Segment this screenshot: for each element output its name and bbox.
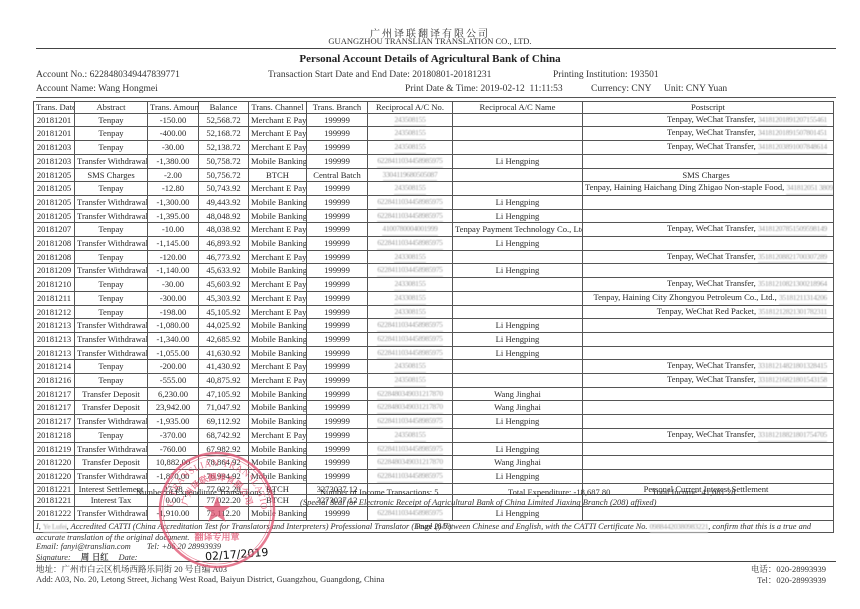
balance: 50,756.72 — [199, 168, 249, 182]
redacted-account-no: 243308155 — [394, 307, 425, 319]
trans-branch: 199999 — [307, 360, 368, 374]
balance: 47,105.92 — [199, 387, 249, 401]
balance: 41,430.92 — [199, 360, 249, 374]
trans-channel: Mobile Banking — [249, 346, 307, 360]
redacted-account-no: 6228411034458985975 — [377, 416, 442, 428]
reciprocal-account-name: Li Hengping — [453, 469, 583, 483]
reciprocal-account-name — [453, 374, 583, 388]
trans-amount: 23,942.00 — [148, 401, 199, 415]
trans-date: 20181203 — [34, 154, 75, 168]
abstract: Transfer Withdrawal — [75, 332, 148, 346]
total-income: Total Income: 41,081.28 — [652, 487, 735, 497]
balance: 68,742.92 — [199, 428, 249, 442]
trans-branch: 199999 — [307, 415, 368, 429]
postscript-text: Tenpay, WeChat Transfer, — [667, 141, 758, 151]
balance: 71,047.92 — [199, 401, 249, 415]
account-number: Account No.: 6228480349447839771 — [36, 70, 180, 80]
redacted-account-no: 243308155 — [394, 252, 425, 264]
trans-amount: -150.00 — [148, 113, 199, 127]
postscript-text: Tenpay, WeChat Transfer, — [667, 278, 758, 288]
reciprocal-account-name: Li Hengping — [453, 264, 583, 278]
postscript-text: Tenpay, WeChat Transfer, — [667, 374, 758, 384]
postscript-text: SMS Charges — [682, 170, 729, 180]
trans-branch: 199999 — [307, 469, 368, 483]
trans-channel: Mobile Banking — [249, 264, 307, 278]
address-en: Add: A03, No. 20, Letong Street, Jichang… — [36, 574, 384, 584]
trans-date: 20181217 — [34, 387, 75, 401]
column-header: Trans. Date — [34, 102, 75, 114]
trans-branch: 199999 — [307, 332, 368, 346]
trans-date: 20181217 — [34, 401, 75, 415]
redacted-account-no: 6228411034458985975 — [377, 211, 442, 223]
trans-amount: -198.00 — [148, 305, 199, 319]
trans-date: 20181209 — [34, 264, 75, 278]
trans-branch: 199999 — [307, 154, 368, 168]
postscript — [583, 237, 834, 251]
abstract: Transfer Withdrawal — [75, 195, 148, 209]
balance: 41,630.92 — [199, 346, 249, 360]
trans-channel: Mobile Banking — [249, 469, 307, 483]
table-row: 20181205Transfer Withdrawal-1,300.0049,4… — [34, 195, 834, 209]
reciprocal-account-no: 243508155 — [368, 428, 453, 442]
table-row: 20181207Tenpay-10.0048,038.92Merchant E … — [34, 223, 834, 237]
trans-date: 20181214 — [34, 360, 75, 374]
trans-date: 20181208 — [34, 237, 75, 251]
redacted-account-no: 6228411034458985975 — [377, 334, 442, 346]
table-row: 20181201Tenpay-150.0052,568.72Merchant E… — [34, 113, 834, 127]
abstract: Tenpay — [75, 223, 148, 237]
redacted-account-no: 3304119680505087 — [383, 170, 438, 182]
reciprocal-account-name: Tenpay Payment Technology Co., Ltd. — [453, 223, 583, 237]
abstract: Tenpay — [75, 360, 148, 374]
reciprocal-account-no: 4100780004001999 — [368, 223, 453, 237]
trans-amount: 10,882.00 — [148, 456, 199, 470]
trans-date: 20181220 — [34, 456, 75, 470]
reciprocal-account-name — [453, 168, 583, 182]
table-row: 20181220Transfer Withdrawal-1,870.0076,9… — [34, 469, 834, 483]
postscript — [583, 401, 834, 415]
postscript-text: Tenpay, WeChat Transfer, — [667, 114, 758, 124]
trans-date: 20181222 — [34, 507, 75, 521]
postscript: Tenpay, Haining Haichang Ding Zhigao Non… — [583, 182, 834, 196]
trans-date: 20181212 — [34, 305, 75, 319]
abstract: Transfer Withdrawal — [75, 209, 148, 223]
redacted-reference-no: 33181218821801754705 — [758, 430, 827, 442]
reciprocal-account-no: 243508155 — [368, 374, 453, 388]
column-header: Abstract — [75, 102, 148, 114]
transactions-table: Trans. DateAbstractTrans. AmountBalanceT… — [33, 101, 834, 533]
abstract: Tenpay — [75, 250, 148, 264]
transaction-period: Transaction Start Date and End Date: 201… — [268, 70, 491, 80]
redacted-account-no: 243508155 — [394, 430, 425, 442]
abstract: Transfer Withdrawal — [75, 507, 148, 521]
print-datetime-value: 2019-02-12 11:11:53 — [480, 84, 562, 94]
trans-channel: Merchant E Pay — [249, 374, 307, 388]
balance: 48,038.92 — [199, 223, 249, 237]
table-row: 20181211Tenpay-300.0045,303.92Merchant E… — [34, 291, 834, 305]
account-name: Account Name: Wang Hongmei — [36, 84, 158, 94]
trans-date: 20181208 — [34, 250, 75, 264]
postscript: SMS Charges — [583, 168, 834, 182]
trans-amount: -120.00 — [148, 250, 199, 264]
trans-amount: -1,080.00 — [148, 319, 199, 333]
reciprocal-account-name: Li Hengping — [453, 319, 583, 333]
balance: 52,568.72 — [199, 113, 249, 127]
trans-branch: 199999 — [307, 401, 368, 415]
reciprocal-account-name — [453, 182, 583, 196]
table-row: 20181205SMS Charges-2.0050,756.72BTCHCen… — [34, 168, 834, 182]
trans-channel: Merchant E Pay — [249, 250, 307, 264]
trans-amount: -1,910.00 — [148, 507, 199, 521]
reciprocal-account-no: 6228411034458985975 — [368, 415, 453, 429]
abstract: Tenpay — [75, 374, 148, 388]
trans-branch: 199999 — [307, 305, 368, 319]
trans-channel: Mobile Banking — [249, 442, 307, 456]
postscript: Tenpay, WeChat Transfer, 331812188218017… — [583, 428, 834, 442]
column-header: Trans. Channel — [249, 102, 307, 114]
trans-channel: Mobile Banking — [249, 415, 307, 429]
trans-branch: 199999 — [307, 237, 368, 251]
reciprocal-account-no: 6228411034458985975 — [368, 154, 453, 168]
trans-date: 20181213 — [34, 346, 75, 360]
income-count: Number of Income Transactions: 5 — [320, 487, 439, 497]
balance: 44,025.92 — [199, 319, 249, 333]
reciprocal-account-no: 6228480349031217870 — [368, 401, 453, 415]
printing-institution: Printing Institution: 193501 — [553, 70, 659, 80]
reciprocal-account-name: Wang Jinghai — [453, 387, 583, 401]
footer-divider — [36, 561, 836, 562]
redacted-reference-no: 35181208821700307289 — [758, 252, 827, 264]
trans-date: 20181213 — [34, 319, 75, 333]
redacted-account-no: 6228411034458985975 — [377, 238, 442, 250]
postscript: Tenpay, WeChat Transfer, 351812108213002… — [583, 278, 834, 292]
redacted-account-no: 6228411034458985975 — [377, 348, 442, 360]
trans-date: 20181201 — [34, 127, 75, 141]
abstract: Transfer Withdrawal — [75, 154, 148, 168]
postscript-text: Tenpay, WeChat Transfer, — [667, 360, 758, 370]
currency-label: Currency: — [591, 84, 629, 94]
redacted-reference-no: 33181216821801543158 — [758, 375, 827, 387]
table-row: 20181217Transfer Deposit6,230.0047,105.9… — [34, 387, 834, 401]
trans-channel: Mobile Banking — [249, 319, 307, 333]
trans-channel: Mobile Banking — [249, 401, 307, 415]
expenditure-count: Number of Expenditure Transactions: 26 — [136, 487, 275, 497]
redacted-account-no: 6228480349031217870 — [377, 457, 443, 469]
abstract: Transfer Withdrawal — [75, 237, 148, 251]
postscript — [583, 415, 834, 429]
print-datetime-label: Print Date & Time: — [405, 84, 478, 94]
abstract: Transfer Deposit — [75, 401, 148, 415]
trans-amount: -2.00 — [148, 168, 199, 182]
column-header: Reciprocal A/C No. — [368, 102, 453, 114]
trans-branch: 199999 — [307, 182, 368, 196]
reciprocal-account-name: Li Hengping — [453, 415, 583, 429]
redacted-reference-no: 34181201891507801451 — [758, 128, 827, 140]
balance: 52,168.72 — [199, 127, 249, 141]
table-row: 20181213Transfer Withdrawal-1,340.0042,6… — [34, 332, 834, 346]
balance: 45,105.92 — [199, 305, 249, 319]
postscript — [583, 332, 834, 346]
table-row: 20181222Transfer Withdrawal-1,910.0075,1… — [34, 507, 834, 521]
trans-channel: Mobile Banking — [249, 237, 307, 251]
postscript: Tenpay, WeChat Transfer, 331812168218015… — [583, 374, 834, 388]
translator-name: Ye Lufei — [43, 522, 67, 533]
trans-channel: Mobile Banking — [249, 456, 307, 470]
reciprocal-account-no: 243508155 — [368, 141, 453, 155]
table-row: 20181217Transfer Deposit23,942.0071,047.… — [34, 401, 834, 415]
account-number-label: Account No.: — [36, 70, 87, 80]
reciprocal-account-no: 243308155 — [368, 250, 453, 264]
redacted-account-no: 243508155 — [394, 128, 425, 140]
reciprocal-account-no: 243508155 — [368, 182, 453, 196]
trans-amount: -300.00 — [148, 291, 199, 305]
trans-branch: 199999 — [307, 346, 368, 360]
balance: 40,875.92 — [199, 374, 249, 388]
redacted-reference-no: 34181207851509598149 — [758, 224, 827, 236]
postscript — [583, 264, 834, 278]
abstract: Transfer Withdrawal — [75, 469, 148, 483]
print-datetime: Print Date & Time: 2019-02-12 11:11:53 — [405, 84, 563, 94]
reciprocal-account-name — [453, 141, 583, 155]
postscript: Tenpay, WeChat Red Packet, 3518121282130… — [583, 305, 834, 319]
trans-branch: 199999 — [307, 127, 368, 141]
redacted-account-no: 243508155 — [394, 375, 425, 387]
redacted-account-no: 6228480349031217870 — [377, 389, 443, 401]
postscript-text: Tenpay, Haining City Zhongyou Petroleum … — [593, 292, 779, 302]
redacted-account-no: 6228411034458985975 — [377, 197, 442, 209]
postscript: Tenpay, WeChat Transfer, 341812038910078… — [583, 141, 834, 155]
trans-date: 20181210 — [34, 278, 75, 292]
reciprocal-account-name: Wang Jinghai — [453, 456, 583, 470]
trans-amount: -30.00 — [148, 141, 199, 155]
postscript — [583, 195, 834, 209]
trans-branch: 199999 — [307, 374, 368, 388]
trans-channel: Merchant E Pay — [249, 127, 307, 141]
abstract: Transfer Deposit — [75, 387, 148, 401]
trans-branch: 199999 — [307, 442, 368, 456]
translator-email: Email: fanyi@translian.com — [36, 542, 131, 551]
column-header: Trans. Amount — [148, 102, 199, 114]
trans-amount: -760.00 — [148, 442, 199, 456]
reciprocal-account-no: 6228411034458985975 — [368, 209, 453, 223]
balance: 49,443.92 — [199, 195, 249, 209]
postscript-text: Tenpay, WeChat Transfer, — [667, 223, 758, 233]
trans-amount: -370.00 — [148, 428, 199, 442]
reciprocal-account-name: Li Hengping — [453, 507, 583, 521]
abstract: Tenpay — [75, 113, 148, 127]
balance: 50,758.72 — [199, 154, 249, 168]
reciprocal-account-no: 243508155 — [368, 127, 453, 141]
table-row: 20181205Transfer Withdrawal-1,395.0048,0… — [34, 209, 834, 223]
column-header: Reciprocal A/C Name — [453, 102, 583, 114]
account-name-label: Account Name: — [36, 84, 96, 94]
trans-channel: Mobile Banking — [249, 154, 307, 168]
cert-text-mid: , Accredited CATTI (China Accreditation … — [67, 522, 650, 531]
printing-institution-label: Printing Institution: — [553, 70, 628, 80]
trans-channel: Merchant E Pay — [249, 291, 307, 305]
table-row: 20181210Tenpay-30.0045,603.92Merchant E … — [34, 278, 834, 292]
table-row: 20181213Transfer Withdrawal-1,080.0044,0… — [34, 319, 834, 333]
letterhead-company-en: GUANGZHOU TRANSLIAN TRANSLATION CO., LTD… — [0, 36, 860, 46]
transaction-period-value: 20180801-20181231 — [412, 70, 491, 80]
redacted-account-no: 6228411034458985975 — [377, 508, 442, 520]
redacted-reference-no: 35181211314206 — [779, 293, 827, 305]
table-row: 20181208Tenpay-120.0046,773.92Merchant E… — [34, 250, 834, 264]
trans-branch: 199999 — [307, 319, 368, 333]
redacted-reference-no: 34181203891007848614 — [758, 142, 827, 154]
trans-branch: 199999 — [307, 223, 368, 237]
trans-channel: Mobile Banking — [249, 507, 307, 521]
trans-date: 20181221 — [34, 495, 75, 507]
abstract: Tenpay — [75, 305, 148, 319]
reciprocal-account-name: Li Hengping — [453, 237, 583, 251]
reciprocal-account-no: 243308155 — [368, 291, 453, 305]
trans-channel: Merchant E Pay — [249, 113, 307, 127]
redacted-account-no: 4100780004001999 — [382, 224, 437, 236]
balance: 48,048.92 — [199, 209, 249, 223]
reciprocal-account-name — [453, 428, 583, 442]
abstract: Transfer Withdrawal — [75, 442, 148, 456]
trans-date: 20181217 — [34, 415, 75, 429]
trans-branch: 199999 — [307, 209, 368, 223]
trans-amount: -1,380.00 — [148, 154, 199, 168]
reciprocal-account-name: Li Hengping — [453, 442, 583, 456]
redacted-account-no: 243508155 — [394, 183, 425, 195]
trans-branch: 199999 — [307, 507, 368, 521]
trans-date: 20181203 — [34, 141, 75, 155]
table-row: 20181203Transfer Withdrawal-1,380.0050,7… — [34, 154, 834, 168]
trans-amount: -555.00 — [148, 374, 199, 388]
unit-value: CNY Yuan — [686, 84, 727, 94]
phone-en: Tel：020-28993939 — [757, 574, 826, 586]
trans-channel: Mobile Banking — [249, 332, 307, 346]
reciprocal-account-name: Li Hengping — [453, 195, 583, 209]
table-row: 20181208Transfer Withdrawal-1,145.0046,8… — [34, 237, 834, 251]
trans-amount: -10.00 — [148, 223, 199, 237]
abstract: Tenpay — [75, 278, 148, 292]
trans-amount: -12.80 — [148, 182, 199, 196]
redacted-reference-no: 34181201891207155461 — [758, 115, 827, 127]
table-row: 20181220Transfer Deposit10,882.0078,864.… — [34, 456, 834, 470]
redacted-account-no: 6228411034458985975 — [377, 156, 442, 168]
table-header-row: Trans. DateAbstractTrans. AmountBalanceT… — [34, 102, 834, 114]
abstract: Transfer Withdrawal — [75, 264, 148, 278]
postscript: Tenpay, WeChat Transfer, 341812018915078… — [583, 127, 834, 141]
postscript — [583, 387, 834, 401]
postscript — [583, 319, 834, 333]
trans-date: 20181205 — [34, 209, 75, 223]
trans-date: 20181219 — [34, 442, 75, 456]
table-row: 20181203Tenpay-30.0052,138.72Merchant E … — [34, 141, 834, 155]
trans-channel: BTCH — [249, 168, 307, 182]
reciprocal-account-name — [453, 291, 583, 305]
postscript — [583, 469, 834, 483]
trans-channel: Merchant E Pay — [249, 141, 307, 155]
balance: 78,864.92 — [199, 456, 249, 470]
account-name-value: Wang Hongmei — [98, 84, 158, 94]
reciprocal-account-name — [453, 113, 583, 127]
bank-seal-note: (Special Seal for Electronic Receipt of … — [300, 497, 656, 507]
reciprocal-account-no: 6228411034458985975 — [368, 332, 453, 346]
postscript — [583, 346, 834, 360]
reciprocal-account-no: 6228411034458985975 — [368, 507, 453, 521]
postscript: Tenpay, WeChat Transfer, 341812078515095… — [583, 223, 834, 237]
postscript — [583, 507, 834, 521]
reciprocal-account-name — [453, 360, 583, 374]
trans-amount: -1,870.00 — [148, 469, 199, 483]
trans-amount: -1,145.00 — [148, 237, 199, 251]
reciprocal-account-name — [453, 278, 583, 292]
redacted-account-no: 6228411034458985975 — [377, 320, 442, 332]
balance: 75,112.20 — [199, 507, 249, 521]
letterhead-divider — [36, 48, 836, 49]
trans-channel: Merchant E Pay — [249, 278, 307, 292]
trans-channel: Merchant E Pay — [249, 305, 307, 319]
postscript-text: Tenpay, WeChat Transfer, — [667, 127, 758, 137]
abstract: Transfer Withdrawal — [75, 346, 148, 360]
column-header: Postscript — [583, 102, 834, 114]
reciprocal-account-no: 6228411034458985975 — [368, 346, 453, 360]
trans-date: 20181207 — [34, 223, 75, 237]
table-row: 20181212Tenpay-198.0045,105.92Merchant E… — [34, 305, 834, 319]
postscript: Tenpay, WeChat Transfer, 341812018912071… — [583, 113, 834, 127]
reciprocal-account-no: 6228411034458985975 — [368, 442, 453, 456]
trans-branch: 199999 — [307, 250, 368, 264]
unit: Unit: CNY Yuan — [664, 84, 727, 94]
postscript-text: Tenpay, WeChat Transfer, — [667, 429, 758, 439]
table-row: 20181218Tenpay-370.0068,742.92Merchant E… — [34, 428, 834, 442]
trans-channel: Merchant E Pay — [249, 223, 307, 237]
reciprocal-account-no: 6228480349031217870 — [368, 387, 453, 401]
reciprocal-account-no: 243508155 — [368, 360, 453, 374]
reciprocal-account-name: Li Hengping — [453, 154, 583, 168]
balance: 42,685.92 — [199, 332, 249, 346]
trans-date: 20181205 — [34, 182, 75, 196]
redacted-account-no: 243508155 — [394, 142, 425, 154]
total-expenditure: Total Expenditure: -18,687.80 — [508, 487, 610, 497]
redacted-account-no: 243308155 — [394, 293, 425, 305]
reciprocal-account-no: 3304119680505087 — [368, 168, 453, 182]
trans-amount: -1,300.00 — [148, 195, 199, 209]
trans-branch: 199999 — [307, 278, 368, 292]
reciprocal-account-no: 6228411034458985975 — [368, 237, 453, 251]
balance: 45,633.92 — [199, 264, 249, 278]
redacted-account-no: 243308155 — [394, 279, 425, 291]
postscript-text: Tenpay, WeChat Red Packet, — [657, 306, 759, 316]
abstract: SMS Charges — [75, 168, 148, 182]
account-number-value: 6228480349447839771 — [90, 70, 180, 80]
trans-branch: 199999 — [307, 113, 368, 127]
abstract: Tenpay — [75, 428, 148, 442]
trans-amount: -1,055.00 — [148, 346, 199, 360]
printing-institution-value: 193501 — [630, 70, 659, 80]
balance: 69,112.92 — [199, 415, 249, 429]
header-divider — [36, 97, 836, 98]
trans-branch: 199999 — [307, 141, 368, 155]
abstract: Transfer Deposit — [75, 456, 148, 470]
reciprocal-account-no: 243308155 — [368, 305, 453, 319]
trans-branch: 199999 — [307, 264, 368, 278]
redacted-reference-no: 33181214821801328415 — [758, 361, 827, 373]
postscript: Tenpay, Haining City Zhongyou Petroleum … — [583, 291, 834, 305]
postscript — [583, 154, 834, 168]
reciprocal-account-name: Li Hengping — [453, 209, 583, 223]
trans-date: 20181211 — [34, 291, 75, 305]
reciprocal-account-name: Li Hengping — [453, 332, 583, 346]
trans-amount: -1,140.00 — [148, 264, 199, 278]
reciprocal-account-no: 6228411034458985975 — [368, 469, 453, 483]
balance: 76,994.92 — [199, 469, 249, 483]
